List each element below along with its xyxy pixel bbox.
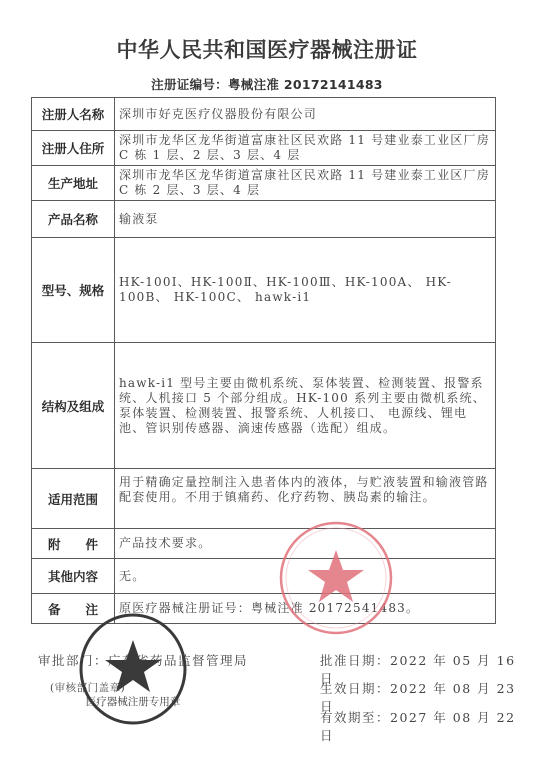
row-label: 注册人名称 [32, 98, 115, 131]
row-value: 无。 [115, 559, 496, 594]
approval-department-label: 审批部门： [38, 653, 108, 668]
row-label: 适用范围 [32, 469, 115, 529]
table-row-attachments: 附 件 产品技术要求。 [32, 529, 496, 559]
registration-number: 粤械注准 20172141483 [228, 77, 383, 92]
row-value: hawk-i1 型号主要由微机系统、泵体装置、检测装置、报警系统、人机接口 5 … [115, 343, 496, 469]
row-label: 附 件 [32, 529, 115, 559]
row-label: 结构及组成 [32, 343, 115, 469]
expiry-date-label: 有效期至： [320, 710, 390, 725]
table-row-registrant-name: 注册人名称 深圳市好克医疗仪器股份有限公司 [32, 98, 496, 131]
row-value: 深圳市好克医疗仪器股份有限公司 [115, 98, 496, 131]
table-row-model-spec: 型号、规格 HK-100Ⅰ、HK-100Ⅱ、HK-100Ⅲ、HK-100A、 H… [32, 238, 496, 343]
table-row-scope: 适用范围 用于精确定量控制注入患者体内的液体，与贮液装置和输液管路配套使用。不用… [32, 469, 496, 529]
effective-date-label: 生效日期： [320, 681, 390, 696]
table-row-registrant-address: 注册人住所 深圳市龙华区龙华街道富康社区民欢路 11 号建业泰工业区厂房 C 栋… [32, 131, 496, 166]
table-row-other: 其他内容 无。 [32, 559, 496, 594]
government-seal-icon: 医疗器械注册专用章 [78, 612, 188, 726]
table-row-product-name: 产品名称 输液泵 [32, 201, 496, 238]
row-value: 深圳市龙华区龙华街道富康社区民欢路 11 号建业泰工业区厂房 C 栋 1 层、2… [115, 131, 496, 166]
row-value: 深圳市龙华区龙华街道富康社区民欢路 11 号建业泰工业区厂房 C 栋 2 层、3… [115, 166, 496, 201]
row-value: HK-100Ⅰ、HK-100Ⅱ、HK-100Ⅲ、HK-100A、 HK-100B… [115, 238, 496, 343]
certificate-title: 中华人民共和国医疗器械注册证 [0, 34, 534, 64]
row-value: 用于精确定量控制注入患者体内的液体，与贮液装置和输液管路配套使用。不用于镇痛药、… [115, 469, 496, 529]
row-label: 其他内容 [32, 559, 115, 594]
row-label: 产品名称 [32, 201, 115, 238]
row-value: 产品技术要求。 [115, 529, 496, 559]
table-row-production-address: 生产地址 深圳市龙华区龙华街道富康社区民欢路 11 号建业泰工业区厂房 C 栋 … [32, 166, 496, 201]
registration-number-line: 注册证编号：粤械注准 20172141483 [0, 75, 534, 93]
certificate-table: 注册人名称 深圳市好克医疗仪器股份有限公司 注册人住所 深圳市龙华区龙华街道富康… [31, 97, 496, 624]
registration-number-label: 注册证编号： [151, 77, 228, 92]
table-row-remarks: 备 注 原医疗器械注册证号：粤械注准 20172541483。 [32, 594, 496, 624]
row-label: 生产地址 [32, 166, 115, 201]
row-value: 输液泵 [115, 201, 496, 238]
approval-date-label: 批准日期： [320, 653, 390, 668]
row-label: 型号、规格 [32, 238, 115, 343]
approval-department-name: 广东省药品监督管理局 [108, 653, 248, 668]
row-label: 备 注 [32, 594, 115, 624]
approval-department: 审批部门：广东省药品监督管理局 [38, 651, 248, 669]
seal-note: (审核部门盖章) [50, 680, 125, 695]
row-value: 原医疗器械注册证号：粤械注准 20172541483。 [115, 594, 496, 624]
government-seal-text: 医疗器械注册专用章 [86, 695, 181, 708]
expiry-date: 有效期至：2027 年 08 月 22 日 [320, 708, 534, 744]
table-row-structure: 结构及组成 hawk-i1 型号主要由微机系统、泵体装置、检测装置、报警系统、人… [32, 343, 496, 469]
row-label: 注册人住所 [32, 131, 115, 166]
